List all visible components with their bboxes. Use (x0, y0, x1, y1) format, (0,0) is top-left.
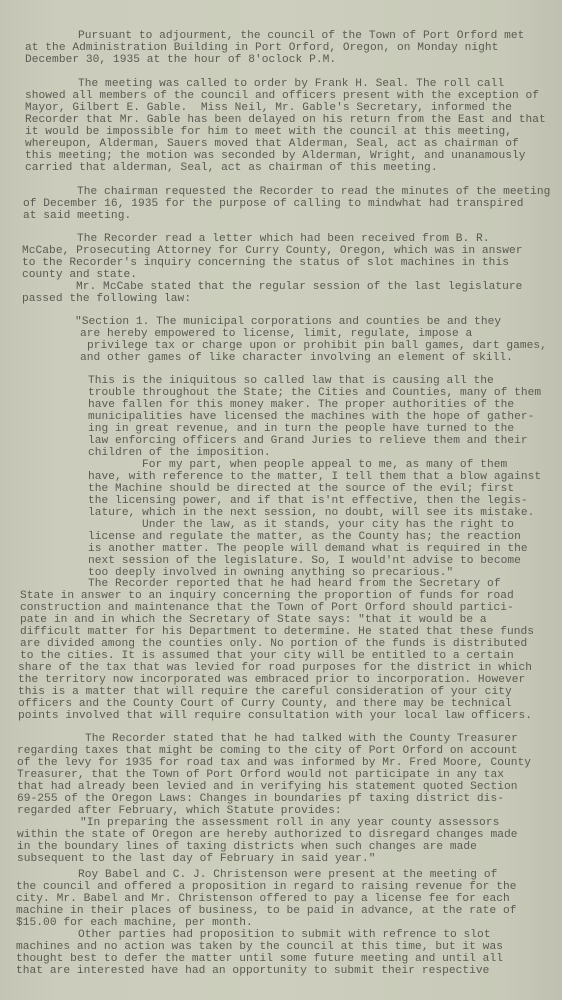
text-line: Recorder that Mr. Gable has been delayed… (25, 114, 546, 126)
text-line: this is a matter that will require the c… (18, 686, 512, 698)
text-line: passed the following law: (22, 293, 191, 305)
text-line: whereupon, Alderman, Sauers moved that A… (25, 138, 519, 150)
text-line: next session of the legislature. So, I w… (88, 555, 521, 567)
text-line: "Section 1. The municipal corporations a… (75, 316, 501, 328)
text-line: Other parties had proposition to submit … (78, 929, 491, 941)
text-line: regarded after February, which Statute p… (17, 805, 342, 817)
text-line: is another matter. The people will deman… (88, 543, 528, 555)
text-line: The Recorder stated that he had talked w… (85, 733, 518, 745)
text-line: children of the imposition. (88, 447, 271, 459)
text-line: the territory now incorporated was embra… (18, 674, 525, 686)
text-line: it would be impossible for him to meet w… (25, 126, 512, 138)
text-line: at the Administration Building in Port O… (25, 42, 498, 54)
text-line: lature, which in the next session, no do… (88, 507, 534, 519)
text-line: Mr. McCabe stated that the regular sessi… (76, 281, 522, 293)
text-line: construction and maintenance that the To… (20, 602, 514, 614)
text-line: The Recorder reported that he had heard … (88, 578, 501, 590)
text-line: subsequent to the last day of February i… (17, 853, 375, 865)
text-line: machines and no action was taken by the … (16, 941, 503, 953)
text-line: machine in their places of business, to … (16, 905, 517, 917)
text-line: thought best to defer the matter until s… (16, 953, 503, 965)
text-line: are divided among the counties only. No … (20, 638, 527, 650)
text-line: trouble throughout the State; the Cities… (88, 387, 541, 399)
text-line: points involved that will require consul… (18, 710, 532, 722)
text-line: that are interested have had an opportun… (16, 965, 489, 977)
text-line: The Recorder read a letter which had bee… (77, 233, 490, 245)
text-line: showed all members of the council and of… (25, 90, 539, 102)
text-line: This is the iniquitous so called law tha… (88, 375, 494, 387)
text-line: officers and the County Court of Curry C… (18, 698, 512, 710)
text-line: "In preparing the assessment roll in any… (80, 817, 499, 829)
text-line: county and state. (22, 269, 137, 281)
text-line: municipalities have licensed the machine… (88, 411, 534, 423)
text-line: The meeting was called to order by Frank… (78, 78, 504, 90)
text-line: share of the tax that was levied for roa… (18, 662, 532, 674)
text-line: the licensing power, and if that is'nt e… (88, 495, 528, 507)
text-line: in the boundary lines of taxing district… (17, 841, 477, 853)
text-line: December 30, 1935 at the hour of 8'ocloc… (25, 54, 336, 66)
text-line: Mayor, Gilbert E. Gable. Miss Neil, Mr. … (25, 102, 512, 114)
text-line: carried that alderman, Seal, act as chai… (25, 162, 438, 174)
text-line: Under the law, as it stands, your city h… (142, 519, 514, 531)
text-line: of the levy for 1935 for road tax and wa… (17, 757, 531, 769)
text-line: The chairman requested the Recorder to r… (77, 186, 550, 198)
text-line: State in answer to an inquiry concerning… (20, 590, 514, 602)
text-line: the council and offered a proposition in… (16, 881, 517, 893)
text-line: Treasurer, that the Town of Port Orford … (17, 769, 504, 781)
text-line: license and regulate the matter, as the … (88, 531, 521, 543)
text-line: at said meeting. (23, 210, 131, 222)
text-line: are hereby empowered to license, limit, … (80, 328, 472, 340)
text-line: difficult matter for his Department to d… (20, 626, 534, 638)
text-line: For my part, when people appeal to me, a… (142, 459, 507, 471)
text-line: regarding taxes that might be coming to … (17, 745, 518, 757)
text-line: city. Mr. Babel and Mr. Christenson offe… (16, 893, 510, 905)
text-line: within the state of Oregon are hereby au… (17, 829, 518, 841)
text-line: that had already been levied and in veri… (17, 781, 518, 793)
text-line: the Machine should be directed at the so… (88, 483, 514, 495)
text-line: to the Recorder's inquiry concerning the… (22, 257, 509, 269)
text-line: and other games of like character involv… (80, 352, 513, 364)
text-line: 69-255 of the Oregon Laws: Changes in bo… (17, 793, 504, 805)
text-line: have fallen for this money maker. The pr… (88, 399, 514, 411)
typewritten-council-minutes-page: Pursuant to adjourment, the council of t… (0, 0, 562, 1000)
text-line: have, with reference to the matter, I te… (88, 471, 541, 483)
text-line: privilege tax or charge upon or prohibit… (87, 340, 547, 352)
text-line: law enforcing officers and Grand Juries … (88, 435, 528, 447)
text-line: Pursuant to adjourment, the council of t… (78, 30, 524, 42)
text-line: to the cities. It is assumed that your c… (20, 650, 514, 662)
text-line: of December 16, 1935 for the purpose of … (23, 198, 524, 210)
text-line: ing in great revenue, and in turn the pe… (88, 423, 514, 435)
text-line: $15.00 for each machine, per month. (16, 917, 253, 929)
text-line: Roy Babel and C. J. Christenson were pre… (78, 869, 497, 881)
text-line: McCabe, Prosecuting Attorney for Curry C… (22, 245, 523, 257)
text-line: this meeting; the motion was seconded by… (25, 150, 526, 162)
text-line: pate in and in which the Secretary of St… (20, 614, 487, 626)
